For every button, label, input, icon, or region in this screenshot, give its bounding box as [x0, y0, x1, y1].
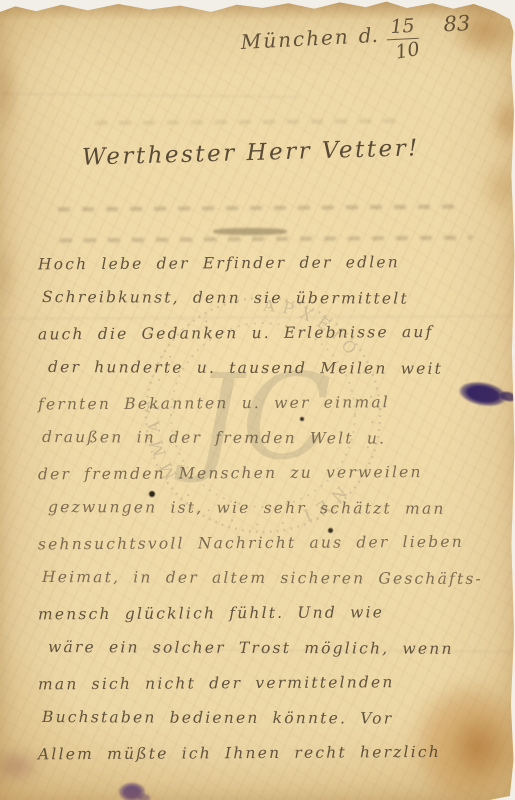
letter-dateline: München d. 15 10 83 [240, 18, 472, 69]
ink-bleedthrough-smudge [213, 228, 287, 235]
handwritten-line: der fremden Menschen zu verweilen [38, 455, 491, 493]
handwritten-line: auch die Gedanken u. Erlebnisse auf [38, 315, 491, 353]
handwritten-line: gezwungen ist, wie sehr schätzt man [48, 490, 491, 527]
dateline-day: 15 [386, 17, 419, 41]
handwritten-line: Allem müßte ich Ihnen recht herzlich [38, 735, 491, 773]
scan-background: ΑΡΧΕΙΟ · · · · · ΝΕΙ · · · · · ΜΜΑΤ · · … [0, 0, 515, 800]
violet-ink-blot [118, 782, 146, 800]
paper-crease [0, 93, 300, 98]
handwritten-line: mensch glücklich fühlt. Und wie [38, 595, 491, 633]
dateline-date-fraction: 15 10 [386, 17, 420, 62]
ink-bleedthrough [60, 236, 472, 243]
foxing-stain [0, 240, 14, 310]
letter-salutation: Werthester Herr Vetter! [82, 135, 421, 170]
dateline-month: 10 [394, 36, 429, 62]
maroon-speck [26, 0, 42, 8]
handwritten-line: Buchstaben bedienen könnte. Vor [42, 700, 491, 737]
dateline-prefix: d. [358, 23, 378, 48]
handwritten-line: draußen in der fremden Welt u. [42, 420, 491, 457]
foxing-stain [0, 48, 18, 138]
handwritten-line: wäre ein solcher Trost möglich, wenn [48, 630, 491, 667]
foxing-stain [490, 96, 515, 146]
handwritten-line: Heimat, in der altem sicheren Geschäfts- [42, 560, 491, 597]
torn-top-edge [0, 0, 515, 20]
faded-ink-smudge [0, 748, 42, 784]
dateline-year: 83 [443, 11, 471, 36]
ink-bleedthrough [95, 119, 395, 125]
handwritten-line: Schreibkunst, denn sie übermittelt [42, 280, 491, 317]
handwritten-line: der hunderte u. tausend Meilen weit [48, 350, 491, 387]
handwritten-line: man sich nicht der vermittelnden [38, 665, 491, 703]
ink-bleedthrough [58, 205, 460, 212]
handwritten-line: sehnsuchtsvoll Nachricht aus der lieben [38, 525, 491, 563]
foxing-stain [480, 160, 515, 216]
dateline-place: München [240, 24, 350, 54]
handwritten-line: fernten Bekannten u. wer einmal [38, 385, 491, 423]
letter-page: ΑΡΧΕΙΟ · · · · · ΝΕΙ · · · · · ΜΜΑΤ · · … [0, 0, 515, 800]
violet-ink-blot-tail [138, 794, 150, 800]
purple-ink-blot-tail [499, 390, 515, 403]
letter-body: Hoch lebe der Erfinder der edlen Schreib… [38, 246, 491, 771]
handwritten-line: Hoch lebe der Erfinder der edlen [38, 245, 491, 283]
